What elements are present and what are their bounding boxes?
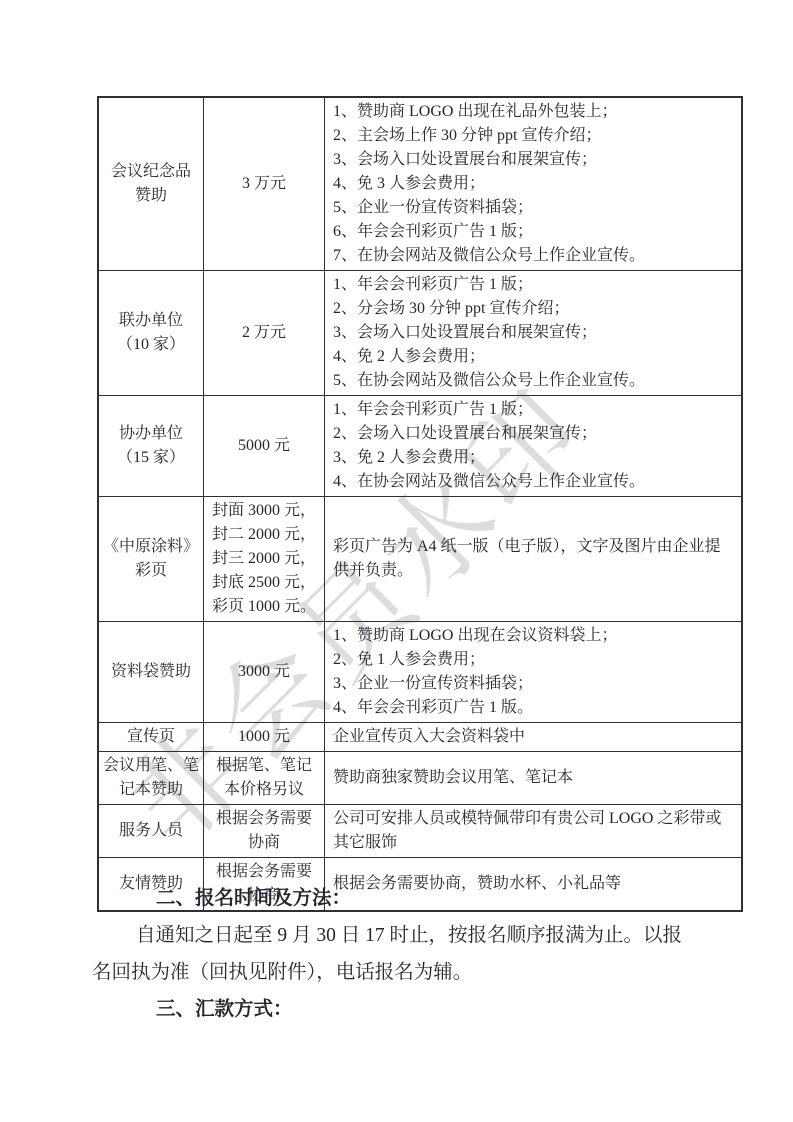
item-name-cell: 会议纪念品 赞助 — [98, 97, 204, 271]
benefits-cell: 1、年会会刊彩页广告 1 版；2、分会场 30 分钟 ppt 宣传介绍；3、会场… — [325, 271, 743, 396]
item-name-cell: 宣传页 — [98, 723, 204, 752]
benefits-cell: 企业宣传页入大会资料袋中 — [325, 723, 743, 752]
item-name-cell: 协办单位 （15 家） — [98, 396, 204, 497]
benefit-line: 1、年会会刊彩页广告 1 版； — [333, 398, 733, 422]
table-row: 《中原涂料》 彩页 封面 3000 元， 封二 2000 元， 封三 2000 … — [98, 497, 742, 622]
benefit-line: 2、免 1 人参会费用； — [333, 648, 733, 672]
benefit-line: 3、企业一份宣传资料插袋； — [333, 672, 733, 696]
table-row: 协办单位 （15 家） 5000 元 1、年会会刊彩页广告 1 版；2、会场入口… — [98, 396, 742, 497]
benefit-line: 5、在协会网站及微信公众号上作企业宣传。 — [333, 369, 733, 393]
benefit-line: 4、在协会网站及微信公众号上作企业宣传。 — [333, 470, 733, 494]
benefit-line: 3、免 2 人参会费用； — [333, 446, 733, 470]
benefit-line: 7、在协会网站及微信公众号上作企业宣传。 — [333, 244, 733, 268]
price-cell: 封面 3000 元， 封二 2000 元， 封三 2000 元， 封底 2500… — [204, 497, 325, 622]
table-row: 会议用笔、笔 记本赞助 根据笔、笔记 本价格另议 赞助商独家赞助会议用笔、笔记本 — [98, 752, 742, 805]
benefit-line: 2、会场入口处设置展台和展架宣传； — [333, 422, 733, 446]
benefits-cell: 公司可安排人员或模特佩带印有贵公司 LOGO 之彩带或其它服饰 — [325, 805, 743, 858]
benefit-line: 5、企业一份宣传资料插袋； — [333, 196, 733, 220]
table-row: 资料袋赞助 3000 元 1、赞助商 LOGO 出现在会议资料袋上；2、免 1 … — [98, 622, 742, 723]
benefits-cell: 1、赞助商 LOGO 出现在礼品外包装上；2、主会场上作 30 分钟 ppt 宣… — [325, 97, 743, 271]
benefit-line: 4、年会会刊彩页广告 1 版。 — [333, 696, 733, 720]
price-cell: 根据笔、笔记 本价格另议 — [204, 752, 325, 805]
table-row: 宣传页 1000 元 企业宣传页入大会资料袋中 — [98, 723, 742, 752]
benefit-line: 3、会场入口处设置展台和展架宣传； — [333, 321, 733, 345]
benefit-line: 2、分会场 30 分钟 ppt 宣传介绍； — [333, 297, 733, 321]
item-name-cell: 联办单位 （10 家） — [98, 271, 204, 396]
benefit-line: 3、会场入口处设置展台和展架宣传； — [333, 148, 733, 172]
item-name-cell: 会议用笔、笔 记本赞助 — [98, 752, 204, 805]
benefit-line: 1、赞助商 LOGO 出现在会议资料袋上； — [333, 624, 733, 648]
benefits-cell: 彩页广告为 A4 纸一版（电子版），文字及图片由企业提供并负责。 — [325, 497, 743, 622]
item-name-cell: 服务人员 — [98, 805, 204, 858]
table-row: 服务人员 根据会务需要 协商 公司可安排人员或模特佩带印有贵公司 LOGO 之彩… — [98, 805, 742, 858]
benefits-cell: 赞助商独家赞助会议用笔、笔记本 — [325, 752, 743, 805]
benefits-cell: 1、年会会刊彩页广告 1 版；2、会场入口处设置展台和展架宣传；3、免 2 人参… — [325, 396, 743, 497]
document-page: 非会员水印 会议纪念品 赞助 3 万元 1、赞助商 LOGO 出现在礼品外包装上… — [0, 0, 793, 1122]
table-row: 会议纪念品 赞助 3 万元 1、赞助商 LOGO 出现在礼品外包装上；2、主会场… — [98, 97, 742, 271]
section-heading: 三、汇款方式： — [92, 991, 696, 1028]
price-cell: 1000 元 — [204, 723, 325, 752]
sponsorship-table: 会议纪念品 赞助 3 万元 1、赞助商 LOGO 出现在礼品外包装上；2、主会场… — [97, 96, 743, 912]
table-row: 联办单位 （10 家） 2 万元 1、年会会刊彩页广告 1 版；2、分会场 30… — [98, 271, 742, 396]
item-name-cell: 资料袋赞助 — [98, 622, 204, 723]
section-body: 自通知之日起至 9 月 30 日 17 时止，按报名顺序报满为止。以报名回执为准… — [92, 917, 696, 991]
benefit-line: 1、年会会刊彩页广告 1 版； — [333, 273, 733, 297]
section-heading: 二、报名时间及方法： — [92, 880, 696, 917]
benefits-cell: 1、赞助商 LOGO 出现在会议资料袋上；2、免 1 人参会费用；3、企业一份宣… — [325, 622, 743, 723]
price-cell: 2 万元 — [204, 271, 325, 396]
benefit-line: 4、免 2 人参会费用； — [333, 345, 733, 369]
item-name-cell: 《中原涂料》 彩页 — [98, 497, 204, 622]
price-cell: 根据会务需要 协商 — [204, 805, 325, 858]
benefit-line: 1、赞助商 LOGO 出现在礼品外包装上； — [333, 100, 733, 124]
benefit-line: 4、免 3 人参会费用； — [333, 172, 733, 196]
price-cell: 3000 元 — [204, 622, 325, 723]
price-cell: 5000 元 — [204, 396, 325, 497]
price-cell: 3 万元 — [204, 97, 325, 271]
sections: 二、报名时间及方法： 自通知之日起至 9 月 30 日 17 时止，按报名顺序报… — [92, 880, 696, 1028]
benefit-line: 2、主会场上作 30 分钟 ppt 宣传介绍； — [333, 124, 733, 148]
sponsorship-table-body: 会议纪念品 赞助 3 万元 1、赞助商 LOGO 出现在礼品外包装上；2、主会场… — [98, 97, 742, 911]
benefit-line: 6、年会会刊彩页广告 1 版； — [333, 220, 733, 244]
